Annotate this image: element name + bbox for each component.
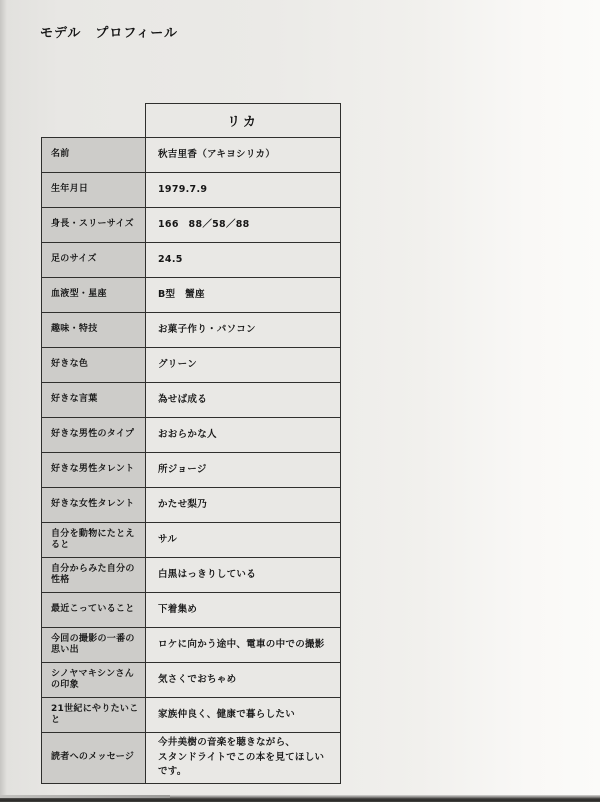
- page-edge-shadow: [0, 795, 600, 802]
- table-row: 好きな言葉 為せば成る: [42, 383, 340, 418]
- table-row: 最近こっていること 下着集め: [42, 593, 340, 628]
- row-value: 1979.7.9: [146, 173, 340, 207]
- table-row: シノヤマキシンさんの印象 気さくでおちゃめ: [42, 663, 340, 698]
- row-value: 下着集め: [146, 593, 340, 627]
- row-label: 名前: [42, 138, 146, 172]
- row-label: 読者へのメッセージ: [42, 733, 146, 783]
- table-row: 好きな女性タレント かたせ梨乃: [42, 488, 340, 523]
- table-row: 自分からみた自分の性格 白黒はっきりしている: [42, 558, 340, 593]
- row-value: 白黒はっきりしている: [146, 558, 340, 592]
- row-value: 気さくでおちゃめ: [146, 663, 340, 697]
- row-label: 足のサイズ: [42, 243, 146, 277]
- row-label: 好きな男性のタイプ: [42, 418, 146, 452]
- table-row: 血液型・星座 B型 蟹座: [42, 278, 340, 313]
- table-row: 好きな男性のタイプ おおらかな人: [42, 418, 340, 453]
- profile-table: リカ 名前 秋吉里香（アキヨシリカ） 生年月日 1979.7.9 身長・スリーサ…: [41, 103, 341, 784]
- page-title: モデル プロフィール: [40, 22, 178, 41]
- row-label: 最近こっていること: [42, 593, 146, 627]
- table-body: 名前 秋吉里香（アキヨシリカ） 生年月日 1979.7.9 身長・スリーサイズ …: [41, 137, 341, 784]
- table-row: 読者へのメッセージ 今井美樹の音楽を聴きながら、 スタンドライトでこの本を見てほ…: [42, 733, 340, 783]
- table-row: 足のサイズ 24.5: [42, 243, 340, 278]
- row-label: 身長・スリーサイズ: [42, 208, 146, 242]
- table-row: 好きな色 グリーン: [42, 348, 340, 383]
- table-row: 名前 秋吉里香（アキヨシリカ）: [42, 138, 340, 173]
- row-value: B型 蟹座: [146, 278, 340, 312]
- row-label: 21世紀にやりたいこと: [42, 698, 146, 732]
- row-label: 好きな女性タレント: [42, 488, 146, 522]
- table-row: 趣味・特技 お菓子作り・パソコン: [42, 313, 340, 348]
- row-label: 自分からみた自分の性格: [42, 558, 146, 592]
- row-label: 自分を動物にたとえると: [42, 523, 146, 557]
- row-label: 好きな言葉: [42, 383, 146, 417]
- row-value: 24.5: [146, 243, 340, 277]
- model-name-header: リカ: [145, 103, 341, 138]
- table-row: 身長・スリーサイズ 166 88／58／88: [42, 208, 340, 243]
- table-row: 自分を動物にたとえると サル: [42, 523, 340, 558]
- row-value: 所ジョージ: [146, 453, 340, 487]
- table-row: 21世紀にやりたいこと 家族仲良く、健康で暮らしたい: [42, 698, 340, 733]
- row-value: かたせ梨乃: [146, 488, 340, 522]
- row-label: 血液型・星座: [42, 278, 146, 312]
- row-value: お菓子作り・パソコン: [146, 313, 340, 347]
- row-label: 今回の撮影の一番の思い出: [42, 628, 146, 662]
- row-label: 生年月日: [42, 173, 146, 207]
- row-value: 秋吉里香（アキヨシリカ）: [146, 138, 340, 172]
- row-value: サル: [146, 523, 340, 557]
- row-value: おおらかな人: [146, 418, 340, 452]
- table-row: 好きな男性タレント 所ジョージ: [42, 453, 340, 488]
- row-label: 好きな色: [42, 348, 146, 382]
- row-value: ロケに向かう途中、電車の中での撮影: [146, 628, 340, 662]
- row-value: 今井美樹の音楽を聴きながら、 スタンドライトでこの本を見てほしいです。: [146, 733, 340, 783]
- row-value: 為せば成る: [146, 383, 340, 417]
- table-row: 生年月日 1979.7.9: [42, 173, 340, 208]
- table-row: 今回の撮影の一番の思い出 ロケに向かう途中、電車の中での撮影: [42, 628, 340, 663]
- row-value: 家族仲良く、健康で暮らしたい: [146, 698, 340, 732]
- row-label: シノヤマキシンさんの印象: [42, 663, 146, 697]
- row-value: グリーン: [146, 348, 340, 382]
- row-value: 166 88／58／88: [146, 208, 340, 242]
- row-label: 好きな男性タレント: [42, 453, 146, 487]
- row-label: 趣味・特技: [42, 313, 146, 347]
